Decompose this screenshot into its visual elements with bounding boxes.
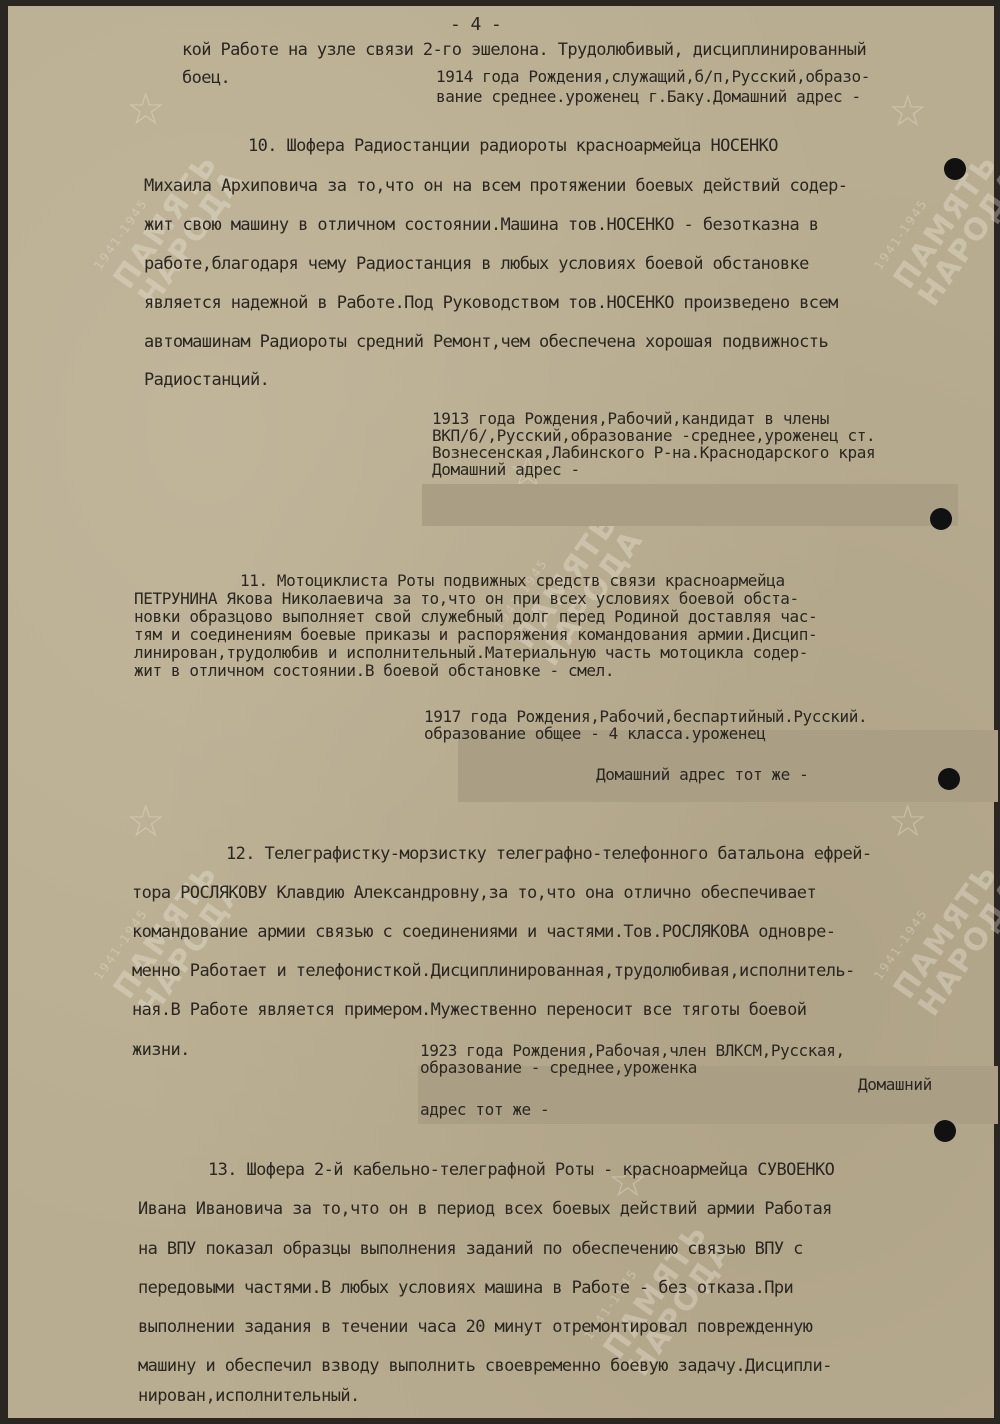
watermark: 1941-1945ПАМЯТЬНАРОДА xyxy=(865,841,1000,1022)
document-page: ☆ 1941-1945ПАМЯТЬНАРОДА ☆ 1941-1945ПАМЯТ… xyxy=(8,6,994,1418)
bio-line: адрес тот же - xyxy=(420,1101,549,1118)
bio-line: 1923 года Рождения,Рабочая,член ВЛКСМ,Ру… xyxy=(420,1042,845,1059)
bio-line: Вознесенская,Лабинского Р-на.Краснодарск… xyxy=(432,444,875,461)
punch-hole xyxy=(944,158,966,180)
text-line: новки образцово выполняет свой служебный… xyxy=(134,608,817,625)
text-line: на ВПУ показал образцы выполнения задани… xyxy=(138,1239,803,1259)
watermark-star-icon: ☆ xyxy=(126,84,165,135)
bio-line: 1917 года Рождения,Рабочий,беспартийный.… xyxy=(424,708,867,725)
text-line: 13. Шофера 2-й кабельно-телеграфной Роты… xyxy=(208,1160,834,1180)
watermark-star-icon: ☆ xyxy=(126,796,165,847)
page-number: - 4 - xyxy=(450,14,501,35)
bio-line: вание среднее.уроженец г.Баку.Домашний а… xyxy=(436,88,861,105)
text-line: 11. Мотоциклиста Роты подвижных средств … xyxy=(240,572,785,589)
text-line: тям и соединениям боевые приказы и распо… xyxy=(134,626,817,643)
text-line: Ивана Ивановича за то,что он в период вс… xyxy=(138,1199,832,1219)
text-line: является надежной в Работе.Под Руководст… xyxy=(144,293,838,313)
text-line: боец. xyxy=(182,68,230,88)
text-line: Михаила Архиповича за то,что он на всем … xyxy=(144,176,847,196)
text-line: передовыми частями.В любых условиях маши… xyxy=(138,1278,793,1298)
bio-line: 1913 года Рождения,Рабочий,кандидат в чл… xyxy=(432,410,829,427)
text-line: нирован,исполнительный. xyxy=(138,1386,360,1406)
bio-line: ВКП/б/,Русский,образование -среднее,урож… xyxy=(432,427,875,444)
bio-line: 1914 года Рождения,служащий,б/п,Русский,… xyxy=(436,68,870,85)
watermark-star-icon: ☆ xyxy=(888,86,927,137)
text-line: командование армии связью с соединениями… xyxy=(132,922,835,942)
text-line: ПЕТРУНИНА Якова Николаевича за то,что он… xyxy=(134,590,799,607)
watermark: 1941-1945ПАМЯТЬНАРОДА xyxy=(865,131,1000,312)
text-line: жит в отличном состоянии.В боевой обстан… xyxy=(134,662,614,679)
bio-line: образование общее - 4 класса.уроженец xyxy=(424,725,766,742)
punch-hole xyxy=(934,1120,956,1142)
text-line: ная.В Работе является примером.Мужествен… xyxy=(132,1000,806,1020)
text-line: кой Работе на узле связи 2-го эшелона. Т… xyxy=(182,40,866,60)
text-line: линирован,трудолюбив и исполнительный.Ма… xyxy=(134,644,808,661)
text-line: 10. Шофера Радиостанции радиороты красно… xyxy=(248,136,778,156)
text-line: тора РОСЛЯКОВУ Клавдию Александровну,за … xyxy=(132,883,816,903)
bio-line: Домашний адрес тот же - xyxy=(596,766,808,783)
bio-line: образование - среднее,уроженка xyxy=(420,1059,697,1076)
text-line: автомашинам Радиороты средний Ремонт,чем… xyxy=(144,332,828,352)
text-line: Радиостанций. xyxy=(144,370,269,390)
text-line: жит свою машину в отличном состоянии.Маш… xyxy=(144,215,818,235)
redacted-region xyxy=(422,484,958,526)
text-line: менно Работает и телефонисткой.Дисциплин… xyxy=(132,961,855,981)
bio-line: Домашний xyxy=(858,1076,932,1093)
text-line: машину и обеспечил взводу выполнить свое… xyxy=(138,1356,832,1376)
text-line: выполнении задания в течении часа 20 мин… xyxy=(138,1317,812,1337)
watermark-star-icon: ☆ xyxy=(888,796,927,847)
text-line: 12. Телеграфистку-морзистку телеграфно-т… xyxy=(226,844,872,864)
text-line: работе,благодаря чему Радиостанция в люб… xyxy=(144,254,809,274)
punch-hole xyxy=(938,768,960,790)
punch-hole xyxy=(930,508,952,530)
text-line: жизни. xyxy=(132,1040,190,1060)
bio-line: Домашний адрес - xyxy=(432,461,580,478)
